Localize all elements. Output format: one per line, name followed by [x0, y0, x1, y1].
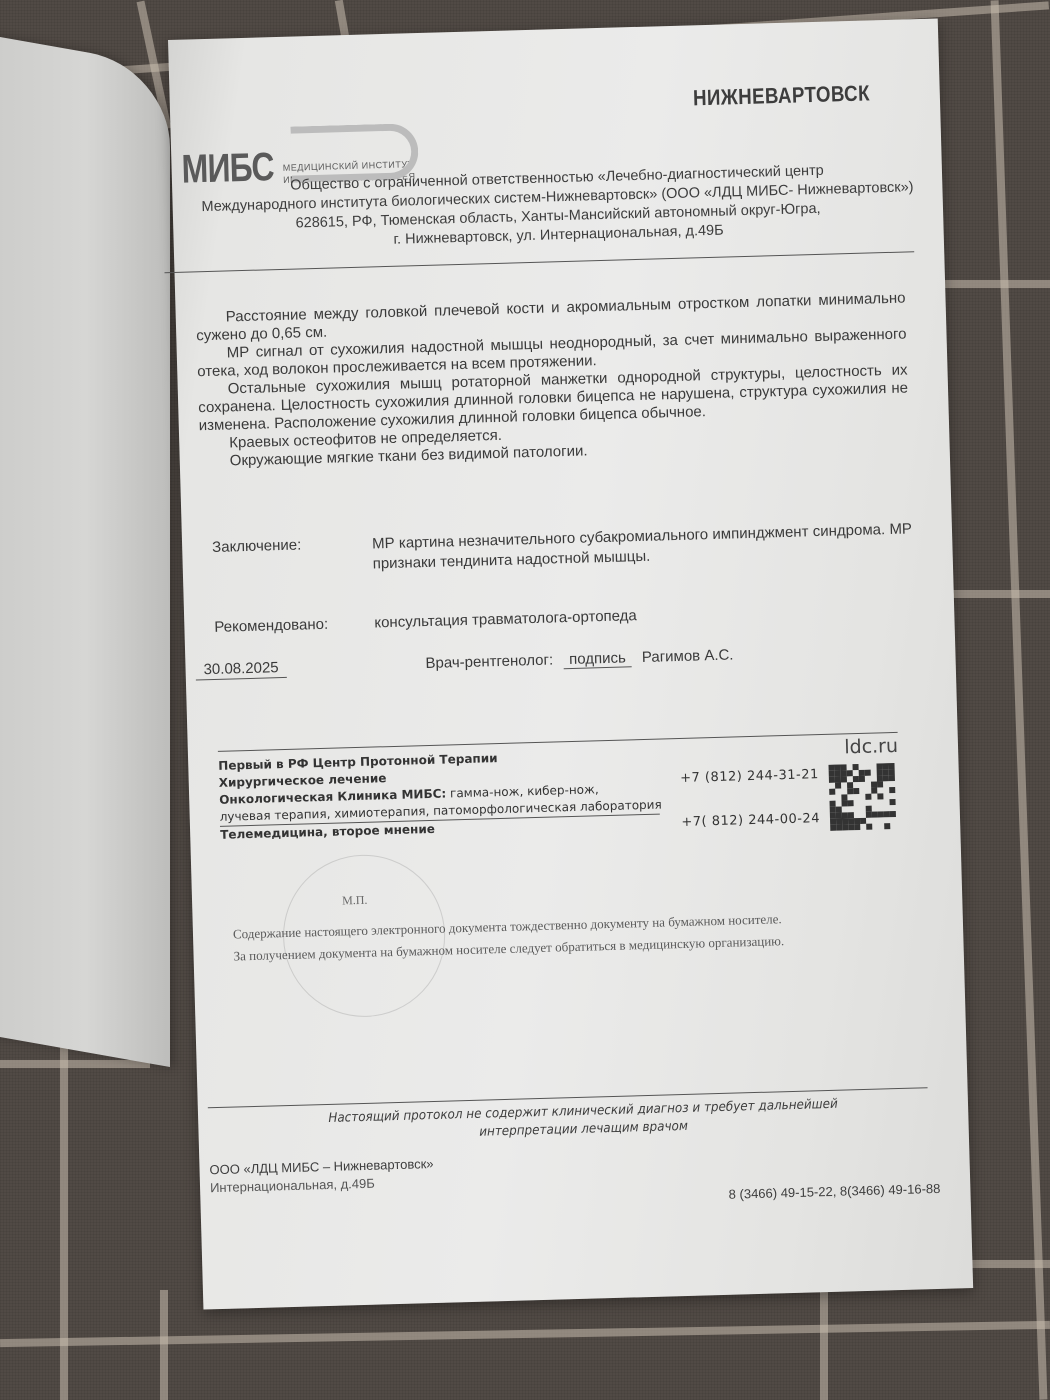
- ad-line-text: гамма-нож, кибер-нож,: [446, 782, 599, 800]
- fabric-line: [991, 0, 1048, 1399]
- recommendation-label: Рекомендовано:: [214, 614, 374, 635]
- qr-code-icon: [828, 763, 896, 831]
- fabric-line: [945, 280, 1050, 288]
- fabric-line: [160, 1290, 168, 1400]
- conclusion-text: МР картина незначительного субакромиальн…: [372, 519, 913, 574]
- stamp-label: М.П.: [342, 893, 368, 909]
- disclaimer: Настоящий протокол не содержит клиническ…: [229, 1093, 938, 1149]
- doctor-signature: подпись: [563, 649, 632, 669]
- header-divider: [164, 251, 914, 273]
- doctor-block: Врач-рентгенолог: подпись Рагимов А.С.: [425, 646, 733, 673]
- recommendation: Рекомендовано: консультация травматолога…: [214, 599, 914, 636]
- conclusion-label: Заключение:: [212, 534, 373, 578]
- city-title: НИЖНЕВАРТОВСК: [693, 80, 871, 111]
- fabric-line: [60, 1000, 68, 1400]
- left-page: [0, 30, 170, 1067]
- fabric-line: [945, 590, 1050, 598]
- phone-link[interactable]: +7( 812) 244-00-24: [681, 811, 820, 830]
- report-date: 30.08.2025: [195, 659, 287, 681]
- signature-row: 30.08.2025 Врач-рентгенолог: подпись Раг…: [195, 641, 915, 661]
- ad-contacts: ldc.ru +7 (812) 244-31-21 +7( 812) 244-0…: [678, 735, 900, 831]
- fabric-line: [0, 1321, 1050, 1347]
- doctor-role: Врач-рентгенолог:: [425, 651, 553, 673]
- fabric-line: [0, 1060, 150, 1068]
- doctor-name: Рагимов А.С.: [642, 646, 734, 667]
- findings: Расстояние между головкой плечевой кости…: [196, 290, 910, 472]
- recommendation-text: консультация травматолога-ортопеда: [374, 607, 637, 631]
- document-sheet: НИЖНЕВАРТОВСК МИБС Медицинский институт …: [168, 19, 973, 1310]
- advertisement-block: Первый в РФ Центр Протонной Терапии Хиру…: [218, 732, 900, 844]
- conclusion: Заключение: МР картина незначительного с…: [212, 519, 913, 579]
- footer-organization: ООО «ЛДЦ МИБС – Нижневартовск» Интернаци…: [209, 1155, 434, 1197]
- phone-link[interactable]: +7 (812) 244-31-21: [680, 767, 819, 786]
- website-link[interactable]: ldc.ru: [844, 735, 898, 758]
- fabric-line: [820, 1290, 828, 1400]
- footer-phones[interactable]: 8 (3466) 49-15-22, 8(3466) 49-16-88: [728, 1181, 940, 1202]
